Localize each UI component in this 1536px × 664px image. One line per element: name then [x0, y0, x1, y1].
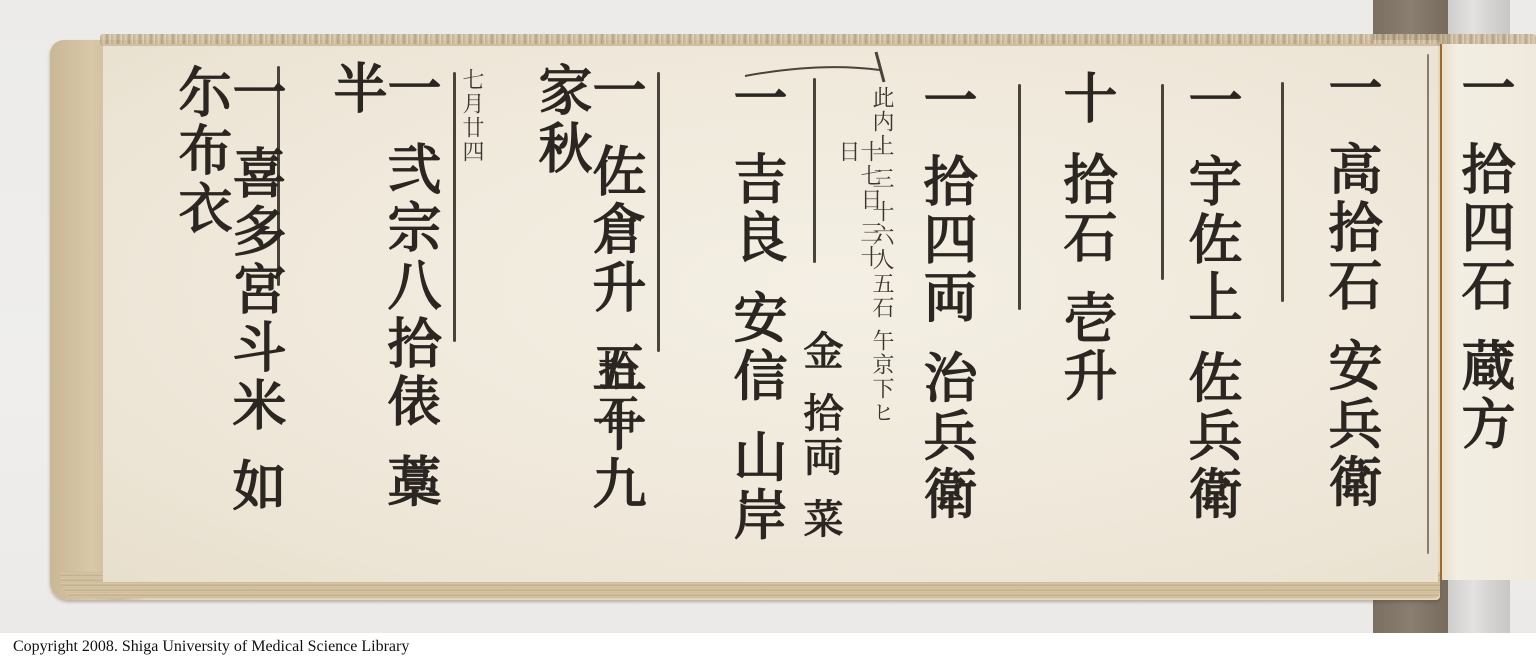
text-column: 一 拾四石 蔵方: [1458, 60, 1512, 560]
annotation-column: 此内上 三 十六人五石 午京下ヒ: [870, 86, 892, 486]
copyright-caption: Copyright 2008. Shiga University of Medi…: [13, 638, 409, 656]
text-column: 金 拾両 菜: [800, 330, 840, 560]
text-column: 拾石: [595, 350, 635, 500]
text-column: 一 吉良 安信 山岸: [730, 70, 784, 570]
text-column: 一 弐宗八拾俵 藁半: [330, 60, 438, 560]
text-column: 十 拾石 壱升: [1060, 70, 1114, 570]
text-column: 一 喜多宮斗米 如尓布衣: [175, 64, 283, 564]
text-column: 一 高拾石 安兵衛: [1325, 60, 1379, 560]
annotation-column: 七月廿四: [460, 68, 482, 248]
text-column: 一 拾四両 治兵衛: [920, 72, 974, 572]
photo-scene: 一 喜多宮斗米 如尓布衣 一 弐宗八拾俵 藁半 七月廿四 一 佐倉升 五十九 家…: [0, 0, 1536, 633]
text-column: 一 宇佐上 佐兵衛: [1185, 72, 1239, 572]
